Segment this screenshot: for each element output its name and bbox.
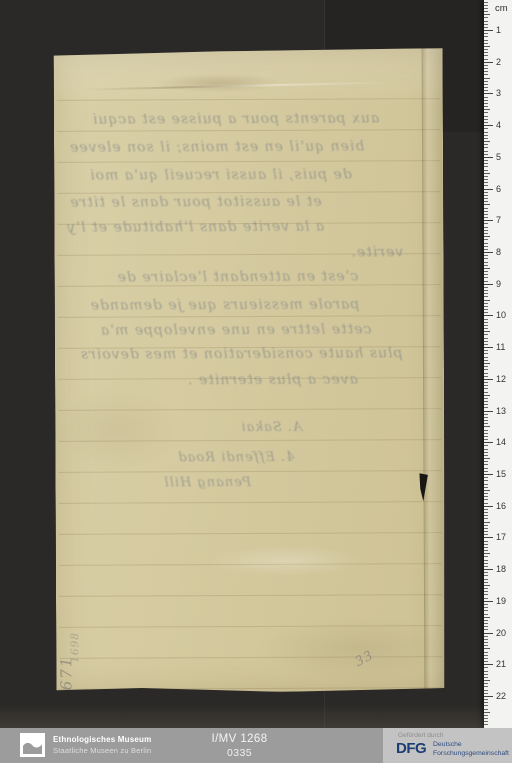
ruler-tick xyxy=(484,128,488,129)
ruled-line xyxy=(59,594,442,597)
ruler-tick xyxy=(484,106,488,107)
ruler-tick-label: 11 xyxy=(496,342,510,352)
ruler-tick xyxy=(484,591,488,592)
corner-pencil-note: 33 xyxy=(353,648,376,670)
ruler-tick xyxy=(484,718,488,719)
dfg-org-name: Deutsche Forschungsgemeinschaft xyxy=(433,741,509,759)
ruler-tick xyxy=(484,512,488,513)
ruler-tick xyxy=(484,645,488,646)
ruler-tick-label: 18 xyxy=(496,564,510,574)
ruler-tick xyxy=(484,620,488,621)
status-bar: Ethnologisches Museum Staatliche Museen … xyxy=(0,728,512,763)
ruler-tick xyxy=(484,528,488,529)
funding-section: Gefördert durch DFG Deutsche Forschungsg… xyxy=(383,728,512,763)
ruler-tick xyxy=(484,696,493,697)
ruler-tick xyxy=(484,664,493,665)
ruler-tick xyxy=(484,33,488,34)
ruler-tick xyxy=(484,55,488,56)
ruler-tick xyxy=(484,211,488,212)
ruler-tick xyxy=(484,709,488,710)
ruler-tick xyxy=(484,78,490,79)
ruler-tick xyxy=(484,626,488,627)
ruler-tick xyxy=(484,296,488,297)
ruler-tick xyxy=(484,655,488,656)
ruler-tick xyxy=(484,388,488,389)
background-bottom-highlight xyxy=(0,704,484,728)
ruler-tick xyxy=(484,315,493,316)
ruler-tick xyxy=(484,433,488,434)
ruler-tick xyxy=(484,436,488,437)
ruler-tick xyxy=(484,119,488,120)
handwriting-line: Penang Hill xyxy=(163,475,251,490)
ruler-tick xyxy=(484,284,493,285)
ruler-tick xyxy=(484,648,490,649)
ruler-tick xyxy=(484,518,488,519)
ruler-tick xyxy=(484,5,488,6)
ruler-tick xyxy=(484,474,493,475)
ruler-tick xyxy=(484,198,488,199)
ruler-tick xyxy=(484,373,488,374)
handwriting-line: parole messieurs que je demande xyxy=(90,297,360,314)
ruler-tick xyxy=(484,185,488,186)
ruler-tick-label: 4 xyxy=(496,120,510,130)
ruler-tick xyxy=(484,490,490,491)
ruled-line xyxy=(59,501,442,504)
document-page: aux parents pour a puisse est acquibien … xyxy=(54,48,446,693)
ruler-tick xyxy=(484,363,490,364)
ruler-tick xyxy=(484,407,488,408)
ruler-tick xyxy=(484,262,488,263)
ruler-tick xyxy=(484,347,493,348)
ruler-tick xyxy=(484,702,488,703)
ruler-tick xyxy=(484,569,493,570)
ruler-tick xyxy=(484,430,488,431)
ruler-tick xyxy=(484,572,488,573)
ruler-tick xyxy=(484,601,493,602)
ruler-tick xyxy=(484,65,488,66)
ruler-tick xyxy=(484,40,488,41)
ruler-tick xyxy=(484,617,490,618)
ruler-tick xyxy=(484,677,488,678)
ruler-tick xyxy=(484,376,488,377)
ruler-tick xyxy=(484,503,488,504)
ruler-tick xyxy=(484,325,488,326)
ruler-tick xyxy=(484,353,488,354)
ruler-tick xyxy=(484,484,488,485)
ruler-tick xyxy=(484,138,488,139)
ruler-tick xyxy=(484,556,488,557)
ruler-tick xyxy=(484,455,488,456)
ruler-tick xyxy=(484,690,488,691)
ruler-tick xyxy=(484,522,490,523)
ruler-tick xyxy=(484,477,488,478)
ruler-tick xyxy=(484,243,488,244)
ruler-tick xyxy=(484,392,488,393)
ruler-tick xyxy=(484,350,488,351)
ruler-tick xyxy=(484,471,488,472)
ruler-tick xyxy=(484,515,488,516)
ruler-unit-label: cm xyxy=(495,3,508,14)
ruler-tick xyxy=(484,274,488,275)
ruler-tick xyxy=(484,252,493,253)
ruler-tick xyxy=(484,160,488,161)
ruler-tick xyxy=(484,604,488,605)
scan-viewer: aux parents pour a puisse est acquibien … xyxy=(0,0,512,763)
ruler-tick xyxy=(484,268,490,269)
ruled-line xyxy=(57,98,440,101)
ruler-tick-label: 3 xyxy=(496,88,510,98)
ruler-tick xyxy=(484,52,488,53)
ruler-tick xyxy=(484,319,488,320)
ruler-tick xyxy=(484,258,488,259)
ruler-tick xyxy=(484,366,488,367)
ruler-tick xyxy=(484,579,488,580)
inventory-number-small: 1698 xyxy=(69,599,81,663)
ruled-line xyxy=(59,625,442,628)
ruler-tick xyxy=(484,468,488,469)
ruler-tick xyxy=(484,46,490,47)
ruler-tick xyxy=(484,445,488,446)
ruler-tick xyxy=(484,306,488,307)
ruler-tick xyxy=(484,81,488,82)
ruler-tick xyxy=(484,230,488,231)
ruler-tick xyxy=(484,239,488,240)
ruler-tick xyxy=(484,480,488,481)
ruler-tick xyxy=(484,566,488,567)
ruler-tick-label: 9 xyxy=(496,279,510,289)
dfg-logo: DFG xyxy=(396,740,426,757)
ruler-tick xyxy=(484,287,488,288)
ruler-tick-label: 8 xyxy=(496,247,510,257)
ruler-tick xyxy=(484,214,488,215)
ruler-tick xyxy=(484,547,488,548)
museum-logo xyxy=(20,733,45,757)
ruler-tick xyxy=(484,550,488,551)
ruler-tick xyxy=(484,699,488,700)
ruler-tick xyxy=(484,21,488,22)
ruler-tick xyxy=(484,667,488,668)
ruler-tick xyxy=(484,544,488,545)
ruler-tick xyxy=(484,204,490,205)
ruler-tick xyxy=(484,14,490,15)
ruled-line xyxy=(59,563,442,566)
ruler-tick xyxy=(484,277,488,278)
ruler-tick xyxy=(484,493,488,494)
ruler-tick-label: 17 xyxy=(496,532,510,542)
ruler-tick xyxy=(484,594,488,595)
ruler-tick-label: 1 xyxy=(496,25,510,35)
ruled-line xyxy=(59,656,442,659)
ruler-tick-label: 10 xyxy=(496,310,510,320)
ruler-tick xyxy=(484,236,490,237)
ruler-tick xyxy=(484,151,488,152)
handwriting-line: avec a plus eternite . xyxy=(187,372,358,389)
ruler-tick xyxy=(484,582,488,583)
ruler-tick xyxy=(484,179,488,180)
ruler-tick xyxy=(484,246,488,247)
ruler-tick xyxy=(484,506,493,507)
ruler-tick xyxy=(484,385,488,386)
handwriting-line: aux parents pour a puisse est acqui xyxy=(92,110,379,127)
ruler-tick xyxy=(484,379,493,380)
museum-logo-icon xyxy=(20,733,45,757)
ruler-tick xyxy=(484,27,488,28)
ruler-tick xyxy=(484,17,488,18)
ruler-tick xyxy=(484,189,493,190)
ruler-tick xyxy=(484,312,488,313)
ruler-tick-label: 12 xyxy=(496,374,510,384)
ruled-line xyxy=(58,439,441,442)
ruler-tick xyxy=(484,43,488,44)
ruler-tick xyxy=(484,496,488,497)
handwriting-line: plus haute consideration et mes devoirs xyxy=(80,345,403,362)
handwriting-line: bien qu'il en est moins; il son elevee xyxy=(69,138,364,155)
paper-fold-crease-vertical xyxy=(422,48,445,691)
handwriting-line: et le aussitot pour dans le titre xyxy=(69,194,321,211)
ruler-tick xyxy=(484,290,488,291)
handwriting-line: verite. xyxy=(350,244,403,260)
ruler-tick xyxy=(484,401,488,402)
ruler-tick xyxy=(484,265,488,266)
ruler-tick xyxy=(484,62,493,63)
ruler-tick xyxy=(484,249,488,250)
ruler-tick-label: 19 xyxy=(496,596,510,606)
ruler-tick xyxy=(484,534,488,535)
ruler-tick xyxy=(484,166,488,167)
ruler-tick xyxy=(484,629,488,630)
ruled-line xyxy=(57,129,440,132)
ruler-tick xyxy=(484,109,490,110)
ruler-tick xyxy=(484,585,490,586)
ruler-tick xyxy=(484,531,488,532)
ruler-tick xyxy=(484,49,488,50)
ruler-tick xyxy=(484,499,488,500)
ruler-tick xyxy=(484,173,490,174)
ruler-tick xyxy=(484,426,490,427)
ruler-tick xyxy=(484,553,490,554)
ruler-tick xyxy=(484,322,488,323)
ruler-tick xyxy=(484,452,488,453)
ruler-tick xyxy=(484,93,493,94)
ruler-tick-label: 5 xyxy=(496,152,510,162)
ruler-tick xyxy=(484,705,488,706)
ruled-line xyxy=(58,315,441,318)
ruler-tick-label: 15 xyxy=(496,469,510,479)
ruler-tick xyxy=(484,100,488,101)
ruler-tick xyxy=(484,112,488,113)
ruler-tick xyxy=(484,208,488,209)
ruler-tick xyxy=(484,721,488,722)
handwriting-line: a la verite dans l'habitude et l'y xyxy=(66,219,324,236)
ruler-tick xyxy=(484,144,488,145)
ruler-tick xyxy=(484,170,488,171)
ruler-tick xyxy=(484,281,488,282)
ruler-tick xyxy=(484,652,488,653)
handwriting-line: de puis, il aussi recueil qu'a moi xyxy=(89,167,352,184)
ruler-tick xyxy=(484,227,488,228)
ruler-tick xyxy=(484,642,488,643)
ruler-tick-label: 20 xyxy=(496,628,510,638)
ruler-tick xyxy=(484,8,488,9)
ruler-tick xyxy=(484,84,488,85)
ruler-tick xyxy=(484,220,493,221)
ruler-tick xyxy=(484,449,488,450)
ruler-tick xyxy=(484,87,488,88)
ruler-tick xyxy=(484,303,488,304)
ruler-tick xyxy=(484,71,488,72)
ruler-tick xyxy=(484,712,490,713)
ruler-tick xyxy=(484,671,488,672)
ruler-tick xyxy=(484,24,488,25)
ruler-tick xyxy=(484,141,490,142)
ruled-line xyxy=(58,470,441,473)
ruler-tick xyxy=(484,541,488,542)
ruler-tick xyxy=(484,125,493,126)
ruler-tick xyxy=(484,588,488,589)
ruler-tick xyxy=(484,487,488,488)
ruler-tick xyxy=(484,135,488,136)
ruler-tick xyxy=(484,623,488,624)
ruler-tick xyxy=(484,458,490,459)
ruler-tick xyxy=(484,404,488,405)
handwriting-line: A. Sakai xyxy=(240,420,302,435)
ruler-tick xyxy=(484,132,488,133)
ruler-tick xyxy=(484,271,488,272)
ruler-tick xyxy=(484,575,488,576)
ruler-tick xyxy=(484,369,488,370)
ruler-tick xyxy=(484,201,488,202)
ruler-tick xyxy=(484,417,488,418)
ruler-tick xyxy=(484,192,488,193)
ruler: cm 12345678910111213141516171819202122 xyxy=(484,0,512,728)
ruler-tick xyxy=(484,116,488,117)
ruled-line xyxy=(59,532,442,535)
ruler-tick xyxy=(484,300,490,301)
ruler-tick xyxy=(484,423,488,424)
page-number: 0335 xyxy=(96,747,383,759)
ruler-tick xyxy=(484,715,488,716)
ruler-tick-label: 21 xyxy=(496,659,510,669)
ruler-tick xyxy=(484,36,488,37)
dfg-org-line1: Deutsche xyxy=(433,741,509,750)
ruler-tick xyxy=(484,398,488,399)
ruler-tick xyxy=(484,334,488,335)
ruler-tick xyxy=(484,420,488,421)
ruler-tick xyxy=(484,103,488,104)
ruler-tick xyxy=(484,607,488,608)
ruler-tick xyxy=(484,680,490,681)
ruler-tick xyxy=(484,90,488,91)
handwriting-line: c'est en attendant l'eclaire de xyxy=(117,269,359,286)
ruler-tick xyxy=(484,360,488,361)
ruler-tick xyxy=(484,560,488,561)
ruler-tick-label: 2 xyxy=(496,57,510,67)
ruler-tick xyxy=(484,674,488,675)
ruler-tick xyxy=(484,74,488,75)
ruler-tick xyxy=(484,633,493,634)
ruler-tick xyxy=(484,182,488,183)
ruler-tick xyxy=(484,341,488,342)
handwriting-line: cette lettre en une enveloppe m'a xyxy=(100,321,372,338)
ruler-tick xyxy=(484,395,490,396)
ruler-tick xyxy=(484,537,493,538)
ruler-tick xyxy=(484,461,488,462)
ruler-tick-label: 22 xyxy=(496,691,510,701)
ruler-tick xyxy=(484,11,488,12)
ruler-tick xyxy=(484,683,488,684)
ruler-tick xyxy=(484,2,488,3)
ruler-tick xyxy=(484,636,488,637)
ruler-tick xyxy=(484,598,488,599)
ruler-tick xyxy=(484,217,488,218)
ruler-tick xyxy=(484,563,488,564)
ruler-tick xyxy=(484,382,488,383)
handwriting-line: 4. Effendi Road xyxy=(177,450,294,466)
ruler-tick xyxy=(484,686,488,687)
ruler-tick-label: 16 xyxy=(496,501,510,511)
ruler-tick xyxy=(484,147,488,148)
ruler-tick xyxy=(484,97,488,98)
ruler-tick xyxy=(484,693,488,694)
ruler-tick xyxy=(484,610,488,611)
ruler-tick xyxy=(484,614,488,615)
ruler-tick xyxy=(484,59,488,60)
ruler-tick xyxy=(484,255,488,256)
ruler-tick xyxy=(484,525,488,526)
document-id: I/MV 1268 xyxy=(96,733,383,745)
ruler-tick xyxy=(484,658,488,659)
ruler-tick xyxy=(484,233,488,234)
ruler-tick xyxy=(484,639,488,640)
ruler-tick xyxy=(484,661,488,662)
ruler-tick xyxy=(484,176,488,177)
ruler-tick xyxy=(484,195,488,196)
ruler-tick-label: 6 xyxy=(496,184,510,194)
ruler-tick xyxy=(484,724,488,725)
ruler-tick xyxy=(484,331,490,332)
ruler-tick-label: 14 xyxy=(496,437,510,447)
paper-fold-crease-horizontal xyxy=(84,81,394,90)
ruler-tick xyxy=(484,68,488,69)
funding-label: Gefördert durch xyxy=(398,732,444,739)
ruler-tick xyxy=(484,411,493,412)
ruler-tick xyxy=(484,344,488,345)
ruler-tick xyxy=(484,328,488,329)
ruler-tick xyxy=(484,30,493,31)
ruler-tick xyxy=(484,154,488,155)
ruler-tick xyxy=(484,122,488,123)
ruler-tick xyxy=(484,309,488,310)
ruler-tick xyxy=(484,509,488,510)
ruler-tick-label: 13 xyxy=(496,406,510,416)
ruled-line xyxy=(58,408,441,411)
ruler-tick xyxy=(484,439,488,440)
ruled-line xyxy=(57,160,440,163)
ruler-tick xyxy=(484,338,488,339)
ruler-tick xyxy=(484,163,488,164)
ruler-tick xyxy=(484,157,493,158)
ruler-tick xyxy=(484,293,488,294)
ruler-tick xyxy=(484,442,493,443)
ruler-tick-label: 7 xyxy=(496,215,510,225)
ruler-tick xyxy=(484,464,488,465)
ruler-tick xyxy=(484,414,488,415)
ruler-tick xyxy=(484,223,488,224)
dfg-org-line2: Forschungsgemeinschaft xyxy=(433,750,509,759)
ruler-tick xyxy=(484,357,488,358)
